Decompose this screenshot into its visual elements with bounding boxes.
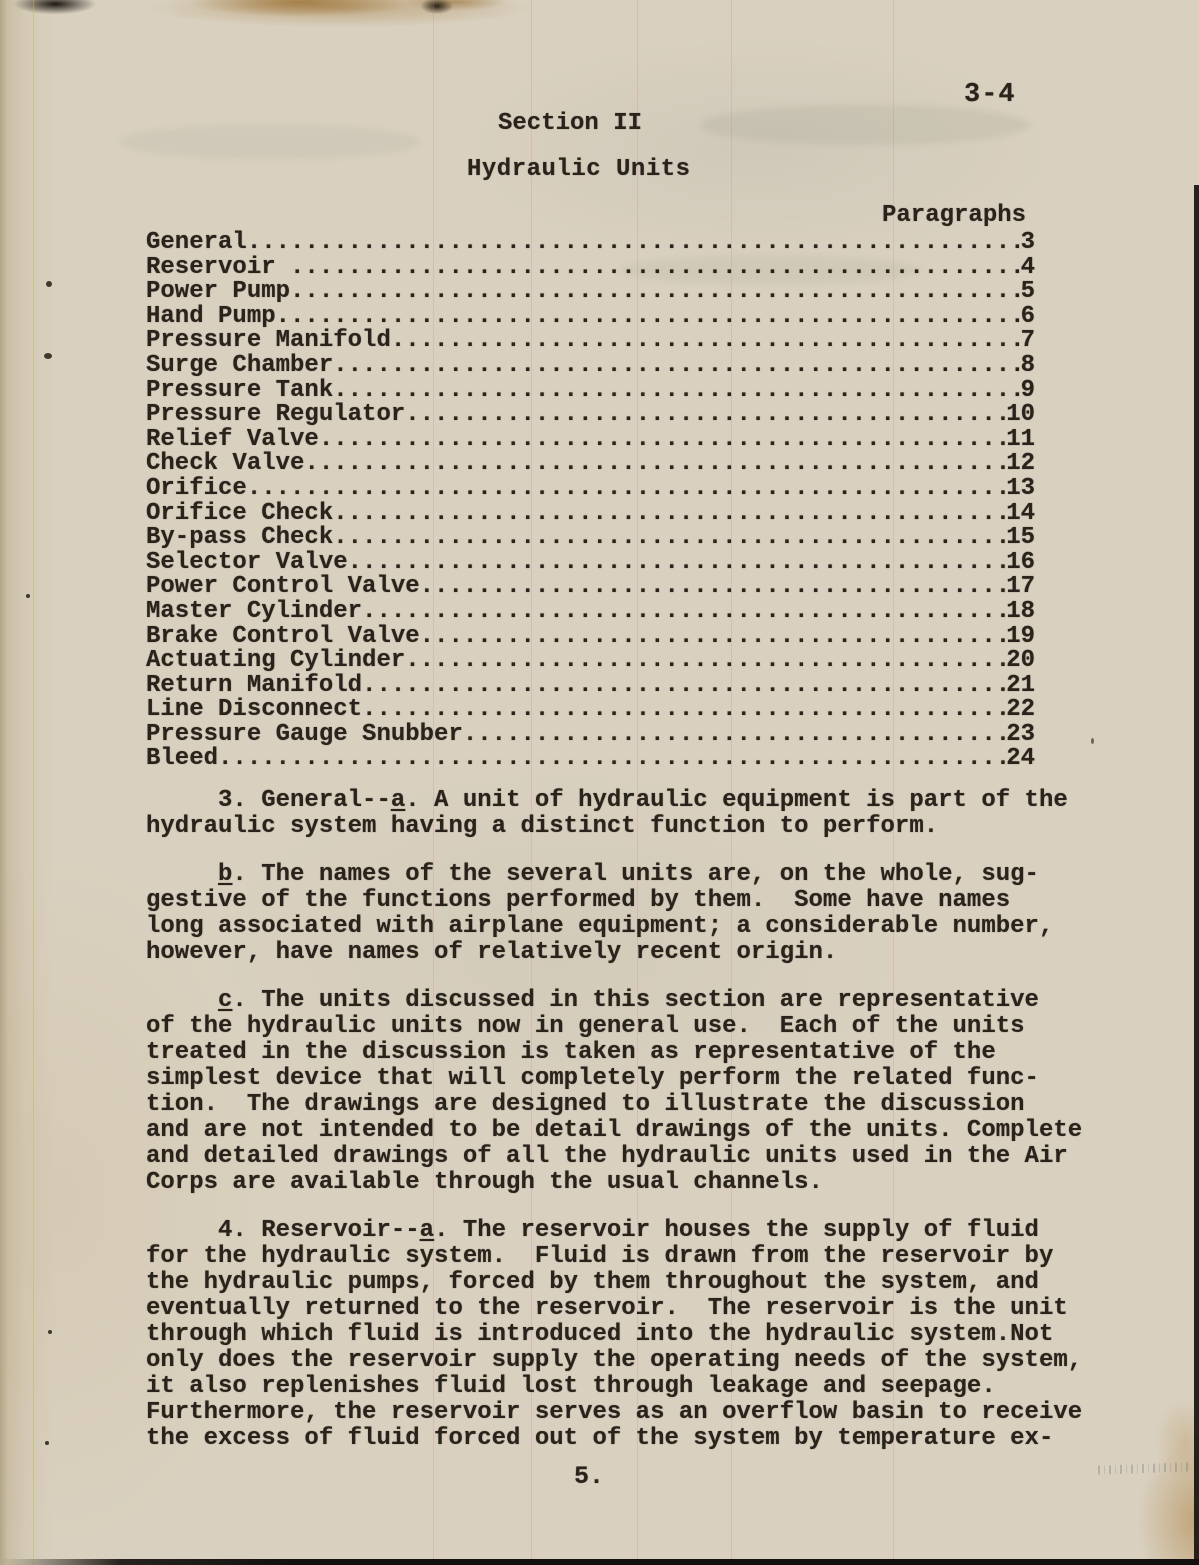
toc-dot-leader: ........................................…	[333, 354, 1020, 379]
toc-dot-leader: ........................................…	[362, 600, 1006, 625]
toc-row: Hand Pump...............................…	[146, 305, 1035, 330]
toc-dot-leader: ........................................…	[420, 625, 1007, 650]
ink-speck	[1091, 738, 1094, 744]
paragraph-3b: b. The names of the several units are, o…	[146, 862, 1136, 966]
scan-edge-bottom	[0, 1559, 1199, 1565]
ink-speck	[45, 1441, 49, 1445]
toc-item-number: 15	[1006, 526, 1035, 551]
toc-row: Power Pump..............................…	[146, 280, 1035, 305]
toc-item-label: Pressure Tank	[146, 379, 333, 404]
toc-dot-leader: ........................................…	[362, 698, 1006, 723]
toc-item-label: Relief Valve	[146, 428, 319, 453]
toc-dot-leader: ........................................…	[391, 329, 1021, 354]
toc-item-label: Power Control Valve	[146, 575, 420, 600]
toc-item-number: 8	[1021, 354, 1035, 379]
paper-edge-line	[33, 0, 34, 1565]
table-of-contents: General.................................…	[146, 231, 1035, 772]
toc-row: Power Control Valve.....................…	[146, 575, 1035, 600]
toc-row: Selector Valve..........................…	[146, 551, 1035, 576]
toc-item-label: Reservoir	[146, 256, 290, 281]
toc-item-number: 11	[1006, 428, 1035, 453]
toc-row: Relief Valve............................…	[146, 428, 1035, 453]
toc-row: Check Valve.............................…	[146, 452, 1035, 477]
toc-row: Orifice Check...........................…	[146, 502, 1035, 527]
toc-item-label: Orifice Check	[146, 502, 333, 527]
toc-item-label: Check Valve	[146, 452, 304, 477]
toc-dot-leader: ........................................…	[304, 452, 1006, 477]
toc-dot-leader: ........................................…	[247, 231, 1021, 256]
toc-heading: Paragraphs	[882, 202, 1026, 229]
toc-item-number: 14	[1006, 502, 1035, 527]
toc-item-number: 5	[1021, 280, 1035, 305]
toc-dot-leader: ........................................…	[362, 674, 1006, 699]
toc-item-number: 24	[1006, 747, 1035, 772]
toc-item-number: 21	[1006, 674, 1035, 699]
toc-dot-leader: ........................................…	[247, 477, 1006, 502]
toc-dot-leader: ........................................…	[333, 526, 1006, 551]
paragraph-4-reservoir: 4. Reservoir--a. The reservoir houses th…	[146, 1218, 1136, 1452]
ink-speck	[26, 594, 30, 598]
toc-item-label: Orifice	[146, 477, 247, 502]
ink-speck	[48, 1330, 52, 1334]
toc-row: Pressure Gauge Snubber..................…	[146, 723, 1035, 748]
toc-item-label: Master Cylinder	[146, 600, 362, 625]
toc-dot-leader: ........................................…	[218, 747, 1006, 772]
toc-item-label: Return Manifold	[146, 674, 362, 699]
toc-dot-leader: ........................................…	[405, 649, 1006, 674]
toc-item-number: 4	[1021, 256, 1035, 281]
toc-dot-leader: ........................................…	[276, 305, 1021, 330]
toc-item-label: General	[146, 231, 247, 256]
toc-dot-leader: ........................................…	[348, 551, 1007, 576]
toc-item-label: Pressure Gauge Snubber	[146, 723, 463, 748]
ink-speck	[46, 281, 52, 287]
toc-item-number: 23	[1006, 723, 1035, 748]
scan-edge-right	[1194, 185, 1199, 1565]
toc-item-number: 20	[1006, 649, 1035, 674]
toc-item-label: Line Disconnect	[146, 698, 362, 723]
toc-item-number: 16	[1006, 551, 1035, 576]
toc-row: Reservoir ..............................…	[146, 256, 1035, 281]
toc-row: Pressure Regulator......................…	[146, 403, 1035, 428]
toc-row: By-pass Check...........................…	[146, 526, 1035, 551]
toc-item-label: Pressure Regulator	[146, 403, 405, 428]
toc-item-label: Selector Valve	[146, 551, 348, 576]
toc-item-label: Actuating Cylinder	[146, 649, 405, 674]
toc-dot-leader: ........................................…	[333, 379, 1020, 404]
toc-item-label: Power Pump	[146, 280, 290, 305]
toc-dot-leader: ........................................…	[290, 256, 1021, 281]
toc-item-number: 12	[1006, 452, 1035, 477]
toc-row: Line Disconnect.........................…	[146, 698, 1035, 723]
page-subtitle: Hydraulic Units	[467, 156, 691, 183]
toc-row: Orifice.................................…	[146, 477, 1035, 502]
toc-dot-leader: ........................................…	[333, 502, 1006, 527]
toc-item-number: 17	[1006, 575, 1035, 600]
toc-item-number: 22	[1006, 698, 1035, 723]
toc-item-label: Surge Chamber	[146, 354, 333, 379]
toc-row: Return Manifold.........................…	[146, 674, 1035, 699]
paragraph-3c: c. The units discussed in this section a…	[146, 988, 1136, 1196]
toc-item-label: Brake Control Valve	[146, 625, 420, 650]
toc-row: Actuating Cylinder......................…	[146, 649, 1035, 674]
toc-dot-leader: ........................................…	[420, 575, 1007, 600]
toc-dot-leader: ........................................…	[405, 403, 1006, 428]
toc-dot-leader: ........................................…	[290, 280, 1021, 305]
toc-item-number: 9	[1021, 379, 1035, 404]
toc-item-label: Hand Pump	[146, 305, 276, 330]
toc-row: Brake Control Valve.....................…	[146, 625, 1035, 650]
toc-item-number: 19	[1006, 625, 1035, 650]
toc-item-number: 7	[1021, 329, 1035, 354]
ink-smudge	[120, 125, 420, 159]
toc-row: Master Cylinder.........................…	[146, 600, 1035, 625]
ink-smudge	[700, 105, 1030, 145]
body-text: 3. General--a. A unit of hydraulic equip…	[146, 788, 1136, 1474]
toc-item-number: 10	[1006, 403, 1035, 428]
scanned-manual-page: { "page": { "folio": "3-4", "section_tit…	[0, 0, 1199, 1565]
toc-row: Bleed...................................…	[146, 747, 1035, 772]
toc-dot-leader: ........................................…	[319, 428, 1006, 453]
section-title: Section II	[498, 110, 642, 137]
paragraph-3-general: 3. General--a. A unit of hydraulic equip…	[146, 788, 1136, 840]
page-number: 5.	[574, 1462, 604, 1491]
toc-item-label: Bleed	[146, 747, 218, 772]
toc-item-label: Pressure Manifold	[146, 329, 391, 354]
toc-row: Pressure Tank...........................…	[146, 379, 1035, 404]
toc-item-number: 18	[1006, 600, 1035, 625]
toc-dot-leader: ........................................…	[463, 723, 1006, 748]
toc-row: General.................................…	[146, 231, 1035, 256]
toc-row: Surge Chamber...........................…	[146, 354, 1035, 379]
toc-item-number: 6	[1021, 305, 1035, 330]
ink-speck	[44, 353, 52, 359]
toc-item-number: 13	[1006, 477, 1035, 502]
toc-row: Pressure Manifold.......................…	[146, 329, 1035, 354]
folio-number: 3-4	[964, 80, 1016, 110]
toc-item-number: 3	[1021, 231, 1035, 256]
toc-item-label: By-pass Check	[146, 526, 333, 551]
